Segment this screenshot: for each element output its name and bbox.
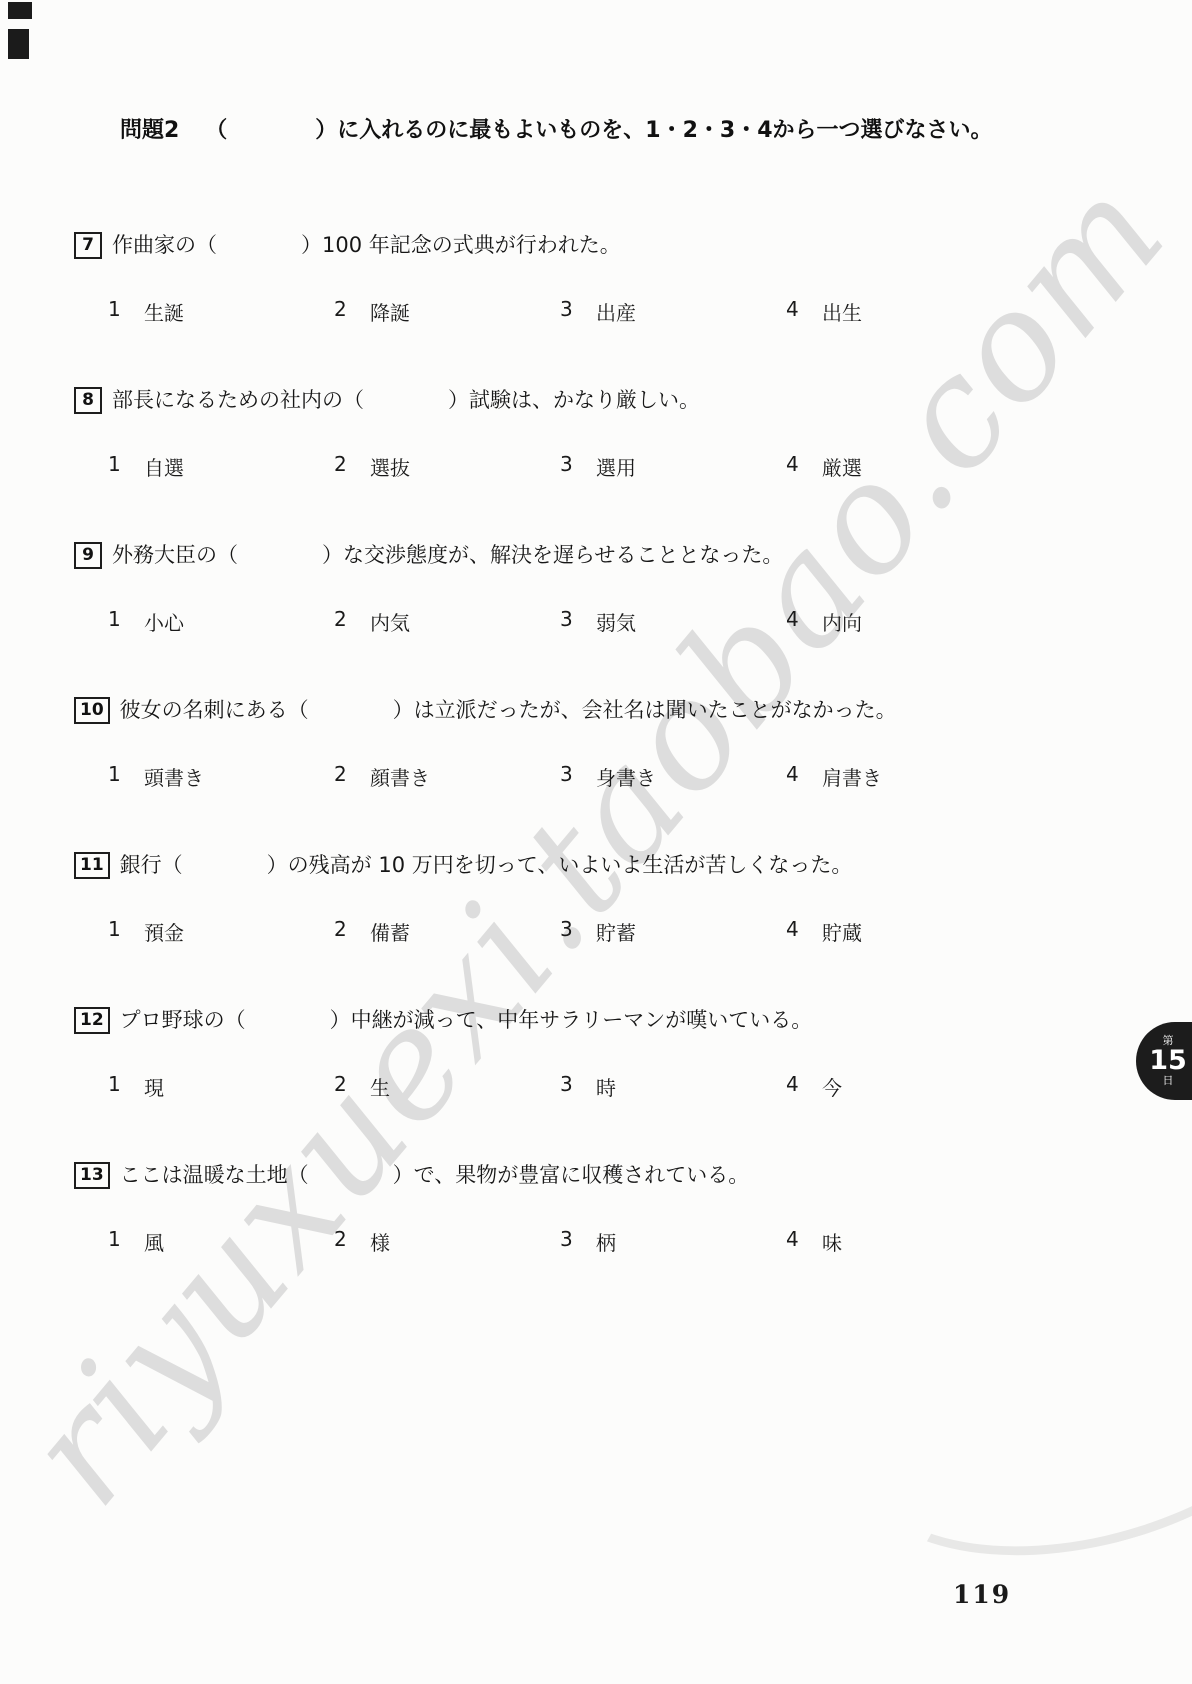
question-number-box: 10 bbox=[74, 697, 110, 724]
option-label: 出生 bbox=[822, 297, 862, 326]
option-number: 2 bbox=[334, 607, 350, 636]
question-text: プロ野球の（ ）中継が減って、中年サラリーマンが嘆いている。 bbox=[120, 1006, 813, 1034]
option-3: 3選用 bbox=[560, 452, 786, 481]
question-text: 彼女の名刺にある（ ）は立派だったが、会社名は聞いたことがなかった。 bbox=[120, 696, 897, 724]
option-4: 4今 bbox=[786, 1072, 1012, 1101]
option-number: 1 bbox=[108, 917, 124, 946]
question-line: 13 ここは温暖な土地（ ）で、果物が豊富に収穫されている。 bbox=[74, 1161, 1102, 1189]
question-10: 10 彼女の名刺にある（ ）は立派だったが、会社名は聞いたことがなかった。 1頭… bbox=[74, 696, 1102, 791]
option-1: 1頭書き bbox=[108, 762, 334, 791]
option-number: 4 bbox=[786, 607, 802, 636]
question-line: 12 プロ野球の（ ）中継が減って、中年サラリーマンが嘆いている。 bbox=[74, 1006, 1102, 1034]
question-number-box: 8 bbox=[74, 387, 102, 414]
option-number: 2 bbox=[334, 917, 350, 946]
option-1: 1小心 bbox=[108, 607, 334, 636]
options-row: 1風 2様 3柄 4味 bbox=[108, 1227, 1102, 1256]
option-label: 時 bbox=[596, 1072, 616, 1101]
option-3: 3貯蓄 bbox=[560, 917, 786, 946]
option-2: 2内気 bbox=[334, 607, 560, 636]
option-label: 味 bbox=[822, 1227, 842, 1256]
option-number: 1 bbox=[108, 1072, 124, 1101]
option-number: 2 bbox=[334, 762, 350, 791]
question-line: 9 外務大臣の（ ）な交渉態度が、解決を遅らせることとなった。 bbox=[74, 541, 1102, 569]
option-2: 2備蓄 bbox=[334, 917, 560, 946]
option-number: 1 bbox=[108, 297, 124, 326]
scanned-test-page: riyuxuexi.taobao.com 問題2（ ）に入れるのに最もよいものを… bbox=[0, 0, 1192, 1684]
option-number: 3 bbox=[560, 1227, 576, 1256]
option-label: 生 bbox=[370, 1072, 390, 1101]
option-label: 出産 bbox=[596, 297, 636, 326]
question-9: 9 外務大臣の（ ）な交渉態度が、解決を遅らせることとなった。 1小心 2内気 … bbox=[74, 541, 1102, 636]
option-2: 2顔書き bbox=[334, 762, 560, 791]
question-text: 銀行（ ）の残高が 10 万円を切って、いよいよ生活が苦しくなった。 bbox=[120, 851, 853, 879]
section-label: 問題2 bbox=[120, 118, 179, 143]
day-badge-suffix: 日 bbox=[1163, 1075, 1174, 1087]
options-row: 1頭書き 2顔書き 3身書き 4肩書き bbox=[108, 762, 1102, 791]
option-label: 自選 bbox=[144, 452, 184, 481]
option-label: 頭書き bbox=[144, 762, 204, 791]
option-number: 3 bbox=[560, 452, 576, 481]
question-line: 7 作曲家の（ ）100 年記念の式典が行われた。 bbox=[74, 231, 1102, 259]
option-label: 厳選 bbox=[822, 452, 862, 481]
option-3: 3時 bbox=[560, 1072, 786, 1101]
question-number-box: 9 bbox=[74, 542, 102, 569]
option-3: 3柄 bbox=[560, 1227, 786, 1256]
option-label: 選抜 bbox=[370, 452, 410, 481]
option-2: 2生 bbox=[334, 1072, 560, 1101]
option-label: 弱気 bbox=[596, 607, 636, 636]
option-4: 4厳選 bbox=[786, 452, 1012, 481]
option-label: 小心 bbox=[144, 607, 184, 636]
question-text: 部長になるための社内の（ ）試験は、かなり厳しい。 bbox=[112, 386, 700, 414]
question-line: 11 銀行（ ）の残高が 10 万円を切って、いよいよ生活が苦しくなった。 bbox=[74, 851, 1102, 879]
option-number: 1 bbox=[108, 1227, 124, 1256]
option-number: 1 bbox=[108, 452, 124, 481]
day-badge-number: 15 bbox=[1149, 1047, 1187, 1075]
option-number: 2 bbox=[334, 1227, 350, 1256]
option-label: 生誕 bbox=[144, 297, 184, 326]
question-line: 8 部長になるための社内の（ ）試験は、かなり厳しい。 bbox=[74, 386, 1102, 414]
page-content: 問題2（ ）に入れるのに最もよいものを、1・2・3・4から一つ選びなさい。 7 … bbox=[0, 0, 1192, 1256]
options-row: 1生誕 2降誕 3出産 4出生 bbox=[108, 297, 1102, 326]
option-number: 2 bbox=[334, 452, 350, 481]
option-number: 2 bbox=[334, 297, 350, 326]
section-instruction: 問題2（ ）に入れるのに最もよいものを、1・2・3・4から一つ選びなさい。 bbox=[74, 88, 1102, 169]
option-label: 様 bbox=[370, 1227, 390, 1256]
option-label: 今 bbox=[822, 1072, 842, 1101]
options-row: 1小心 2内気 3弱気 4内向 bbox=[108, 607, 1102, 636]
option-number: 3 bbox=[560, 607, 576, 636]
option-label: 貯蔵 bbox=[822, 917, 862, 946]
option-label: 備蓄 bbox=[370, 917, 410, 946]
option-label: 預金 bbox=[144, 917, 184, 946]
option-label: 肩書き bbox=[822, 762, 882, 791]
option-4: 4内向 bbox=[786, 607, 1012, 636]
option-2: 2様 bbox=[334, 1227, 560, 1256]
option-number: 4 bbox=[786, 762, 802, 791]
option-label: 内気 bbox=[370, 607, 410, 636]
option-number: 4 bbox=[786, 1072, 802, 1101]
option-number: 3 bbox=[560, 762, 576, 791]
question-7: 7 作曲家の（ ）100 年記念の式典が行われた。 1生誕 2降誕 3出産 4出… bbox=[74, 231, 1102, 326]
option-1: 1生誕 bbox=[108, 297, 334, 326]
option-3: 3弱気 bbox=[560, 607, 786, 636]
option-3: 3身書き bbox=[560, 762, 786, 791]
question-text: ここは温暖な土地（ ）で、果物が豊富に収穫されている。 bbox=[120, 1161, 750, 1189]
option-2: 2選抜 bbox=[334, 452, 560, 481]
question-number-box: 7 bbox=[74, 232, 102, 259]
option-label: 風 bbox=[144, 1227, 164, 1256]
page-number: 119 bbox=[953, 1580, 1011, 1609]
question-number-box: 12 bbox=[74, 1007, 110, 1034]
option-4: 4出生 bbox=[786, 297, 1012, 326]
option-label: 選用 bbox=[596, 452, 636, 481]
question-number-box: 13 bbox=[74, 1162, 110, 1189]
question-text: 外務大臣の（ ）な交渉態度が、解決を遅らせることとなった。 bbox=[112, 541, 783, 569]
option-2: 2降誕 bbox=[334, 297, 560, 326]
options-row: 1現 2生 3時 4今 bbox=[108, 1072, 1102, 1101]
option-number: 4 bbox=[786, 452, 802, 481]
option-label: 柄 bbox=[596, 1227, 616, 1256]
option-1: 1預金 bbox=[108, 917, 334, 946]
option-3: 3出産 bbox=[560, 297, 786, 326]
instruction-text: （ ）に入れるのに最もよいものを、1・2・3・4から一つ選びなさい。 bbox=[205, 118, 992, 143]
options-row: 1預金 2備蓄 3貯蓄 4貯蔵 bbox=[108, 917, 1102, 946]
question-8: 8 部長になるための社内の（ ）試験は、かなり厳しい。 1自選 2選抜 3選用 … bbox=[74, 386, 1102, 481]
option-number: 2 bbox=[334, 1072, 350, 1101]
question-line: 10 彼女の名刺にある（ ）は立派だったが、会社名は聞いたことがなかった。 bbox=[74, 696, 1102, 724]
question-12: 12 プロ野球の（ ）中継が減って、中年サラリーマンが嘆いている。 1現 2生 … bbox=[74, 1006, 1102, 1101]
question-11: 11 銀行（ ）の残高が 10 万円を切って、いよいよ生活が苦しくなった。 1預… bbox=[74, 851, 1102, 946]
option-number: 4 bbox=[786, 297, 802, 326]
option-4: 4味 bbox=[786, 1227, 1012, 1256]
option-label: 顔書き bbox=[370, 762, 430, 791]
option-label: 現 bbox=[144, 1072, 164, 1101]
scan-artifact-swoosh bbox=[813, 1201, 1192, 1608]
option-1: 1風 bbox=[108, 1227, 334, 1256]
option-number: 3 bbox=[560, 1072, 576, 1101]
option-4: 4肩書き bbox=[786, 762, 1012, 791]
option-number: 3 bbox=[560, 297, 576, 326]
option-label: 内向 bbox=[822, 607, 862, 636]
question-number-box: 11 bbox=[74, 852, 110, 879]
option-4: 4貯蔵 bbox=[786, 917, 1012, 946]
option-number: 3 bbox=[560, 917, 576, 946]
option-label: 降誕 bbox=[370, 297, 410, 326]
question-text: 作曲家の（ ）100 年記念の式典が行われた。 bbox=[112, 231, 621, 259]
option-label: 身書き bbox=[596, 762, 656, 791]
option-number: 1 bbox=[108, 607, 124, 636]
options-row: 1自選 2選抜 3選用 4厳選 bbox=[108, 452, 1102, 481]
option-1: 1現 bbox=[108, 1072, 334, 1101]
option-number: 4 bbox=[786, 1227, 802, 1256]
option-number: 4 bbox=[786, 917, 802, 946]
question-13: 13 ここは温暖な土地（ ）で、果物が豊富に収穫されている。 1風 2様 3柄 … bbox=[74, 1161, 1102, 1256]
option-1: 1自選 bbox=[108, 452, 334, 481]
option-label: 貯蓄 bbox=[596, 917, 636, 946]
option-number: 1 bbox=[108, 762, 124, 791]
